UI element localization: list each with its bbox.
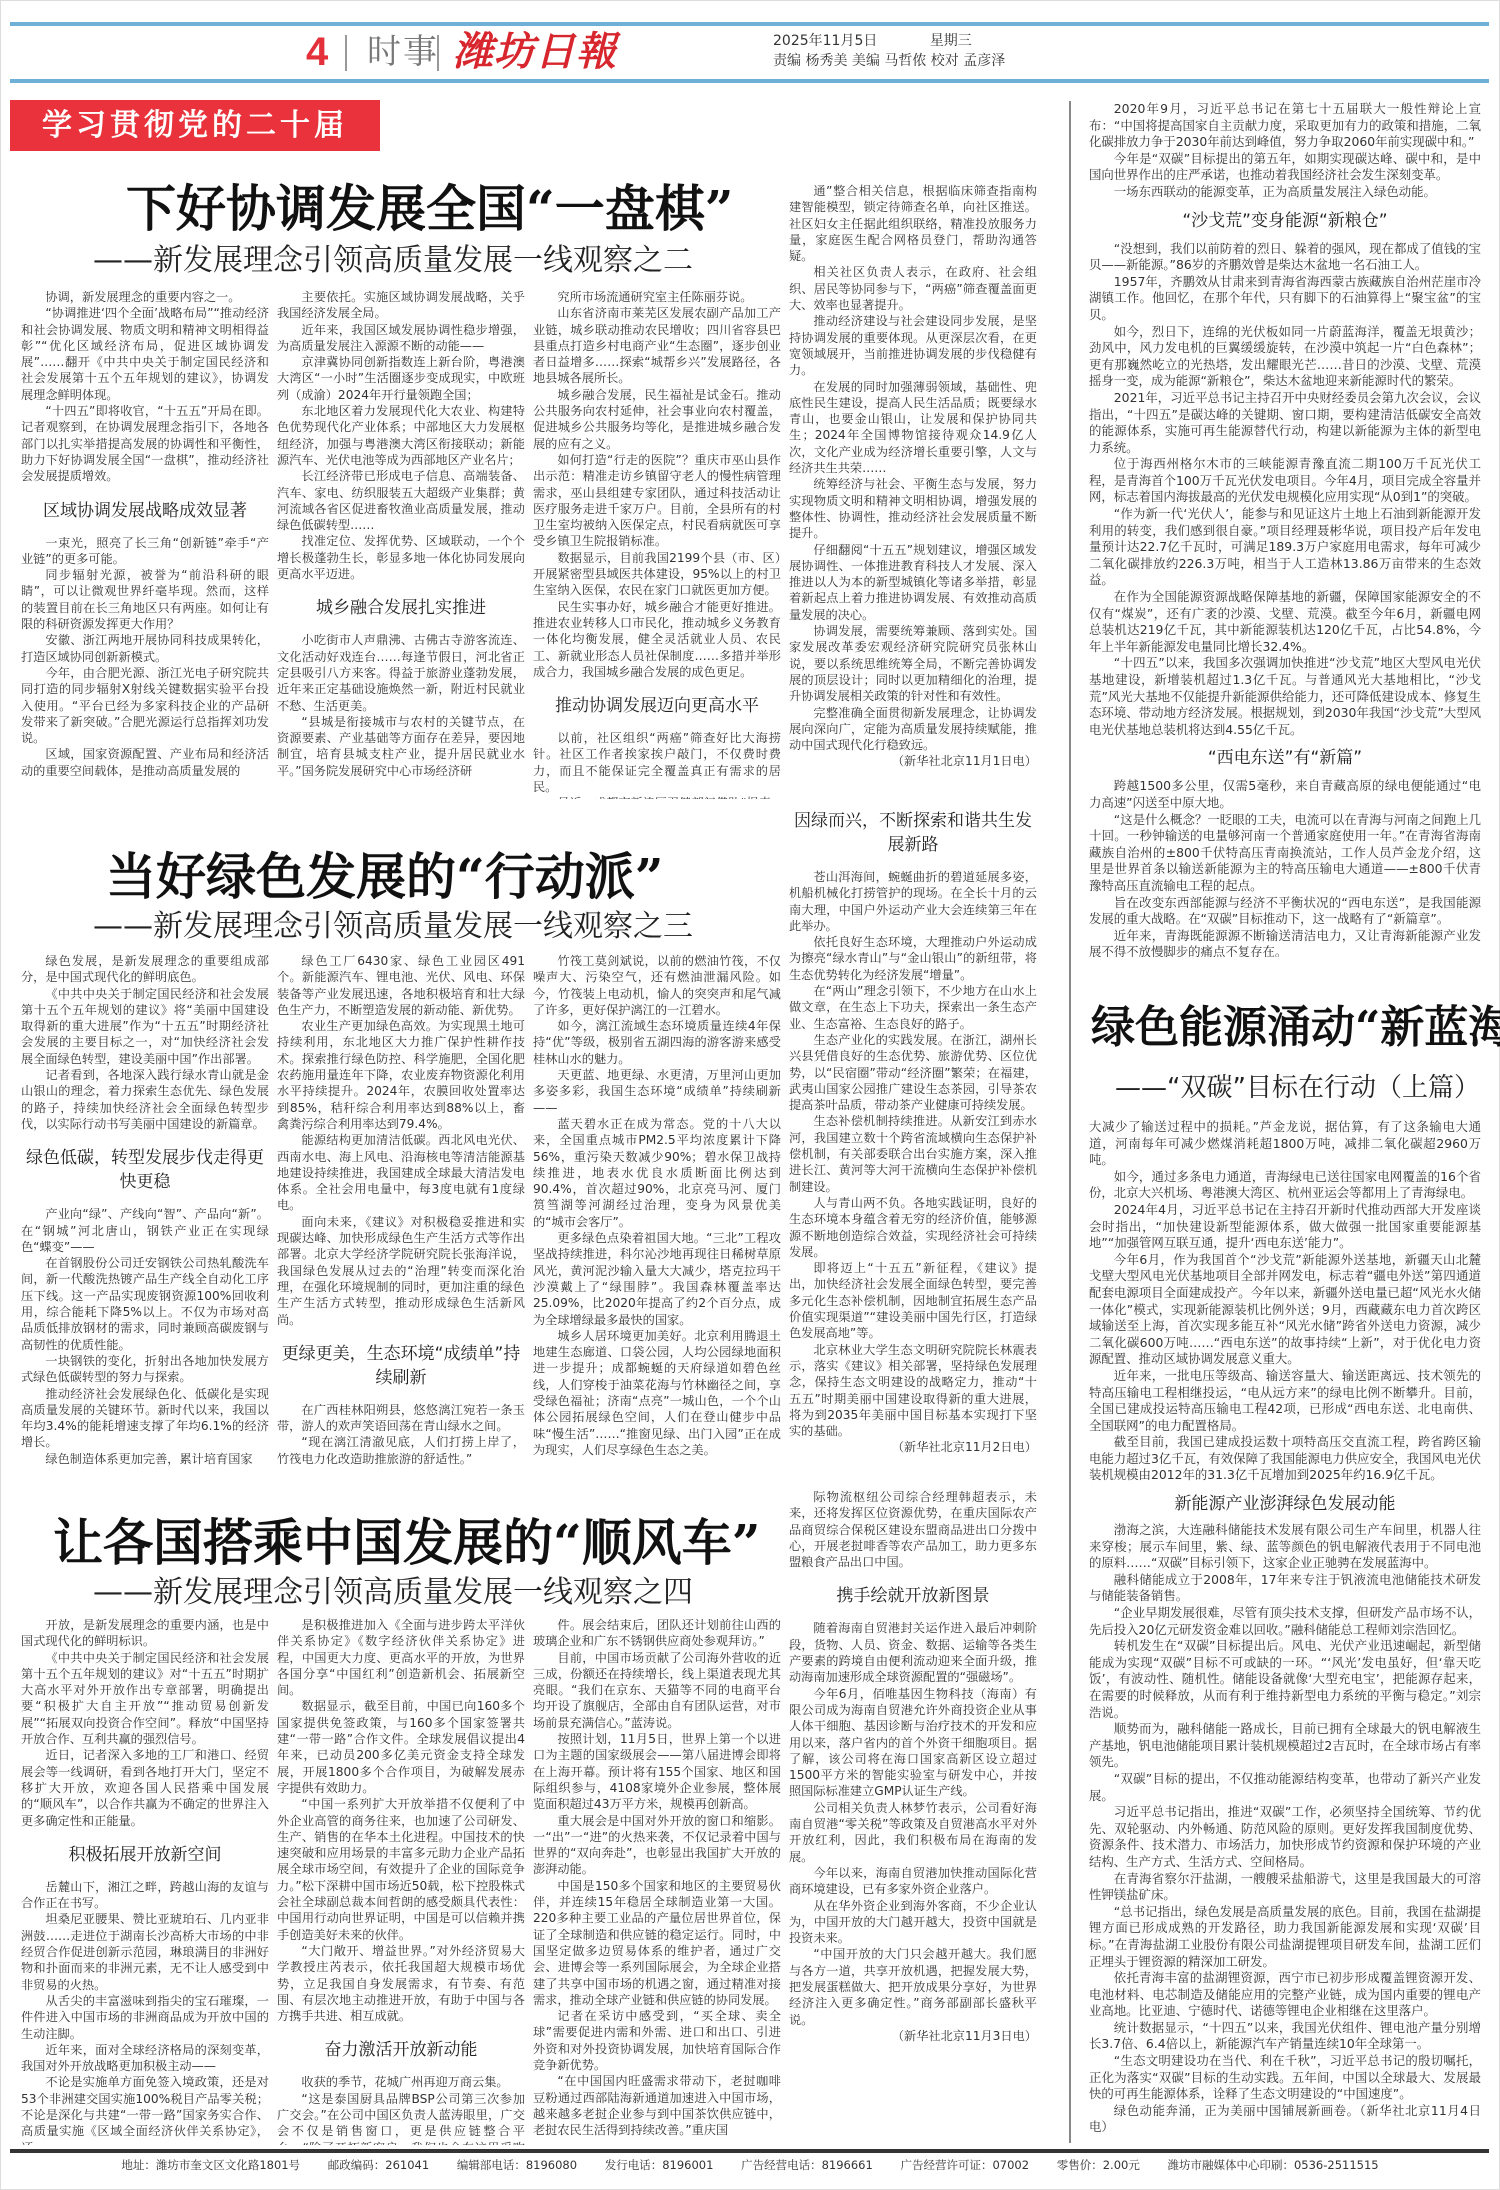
paragraph: 2020年9月，习近平总书记在第七十五届联大一般性辩论上宣布：“中国将提高国家自… (1089, 101, 1481, 151)
paragraph: 记者在采访中感受到，“买全球、卖全球”需要促进内需和外需、进口和出口、引进外资和… (533, 2008, 781, 2073)
paragraph: 协调发展，需要统筹兼顾、落到实处。国家发展改革委宏观经济研究院研究员张林山说，要… (789, 623, 1037, 704)
article2-column-4: 因绿而兴，不断探索和谐共生发展新路 苍山洱海间，蜿蜒曲折的碧道延展多姿，机船机械… (789, 809, 1037, 1473)
topic-banner: 学习贯彻党的二十届四中全会精神 (10, 100, 380, 151)
article4-section-heading: 新能源产业澎湃绿色发展动能 (1089, 1492, 1481, 1516)
paragraph: 城乡融合发展，民生福祉是试金石。推动公共服务向农村延伸，社会事业向农村覆盖，促进… (533, 387, 781, 452)
paragraph: 2024年4月，习近平总书记在主持召开新时代推动西部大开发座谈会时指出，“加快建… (1089, 1202, 1481, 1252)
paragraph: 最近，成都市新津区卫健部门借助“报表 (533, 795, 781, 799)
paragraph: 岳麓山下，湘江之畔，跨越山海的友谊与合作正在书写。 (21, 1879, 269, 1912)
paragraph: 今年6月，佰唯基因生物科技（海南）有限公司成为海南自贸港允许外商投资企业从事人体… (789, 1686, 1037, 1800)
paragraph: 蓝天碧水正在成为常态。党的十八大以来，全国重点城市PM2.5平均浓度累计下降56… (533, 1116, 781, 1230)
paragraph: 推动经济建设与社会建设同步发展，是坚持协调发展的重要体现。从更深层次看，在更宽领… (789, 313, 1037, 378)
footer-editorial-phone: 编辑部电话：8196080 (457, 2158, 577, 2172)
article3-column-2: 是积极推进加入《全面与进步跨太平洋伙伴关系协定》《数字经济伙伴关系协定》进程，中… (277, 1617, 525, 2145)
paragraph: 依托良好生态环境，大理推动户外运动成为擦亮“绿水青山”与“金山银山”的新纽带，将… (789, 934, 1037, 983)
paragraph: 竹筏工莫剑斌说，以前的燃油竹筏，不仅噪声大、污染空气，还有燃油泄漏风险。如今，竹… (533, 953, 781, 1018)
paragraph: 主要依托。实施区域协调发展战略，关乎我国经济发展全局。 (277, 289, 525, 322)
paragraph: 近年来，一批电压等级高、输送容量大、输送距离远、技术领先的特高压输电工程相继投运… (1089, 1368, 1481, 1434)
paragraph: 公司相关负责人林梦竹表示，公司看好海南自贸港“零关税”等政策及自贸港高水平对外开… (789, 1800, 1037, 1865)
article4-upper: 2020年9月，习近平总书记在第七十五届联大一般性辩论上宣布：“中国将提高国家自… (1089, 101, 1481, 957)
article2-headline: 当好绿色发展的“行动派” (106, 837, 664, 909)
article3-section-heading: 奋力激活开放新动能 (277, 2038, 525, 2062)
article4-section-heading: “西电东送”有“新篇” (1089, 746, 1481, 770)
paragraph: 以前，社区组织“两癌”筛查好比大海捞针。社区工作者挨家挨户敲门，不仅费时费力，而… (533, 730, 781, 795)
paragraph: 生态产业化的实践发展。在浙江，湖州长兴县凭借良好的生态优势、旅游优势、区位优势，… (789, 1032, 1037, 1113)
paragraph: 大减少了输送过程中的损耗。”芦金龙说，据估算，有了这条输电大通道，河南每年可减少… (1089, 1119, 1481, 1169)
paragraph: 今年是“双碳”目标提出的第五年，如期实现碳达峰、碳中和，是中国向世界作出的庄严承… (1089, 151, 1481, 184)
footer-distribution-phone: 发行电话：8196001 (605, 2158, 714, 2172)
paragraph: 在广西桂林阳朔县，悠悠漓江宛若一条玉带，游人的欢声笑语回荡在青山绿水之间。 (277, 1402, 525, 1435)
article4-lower: 大减少了输送过程中的损耗。”芦金龙说，据估算，有了这条输电大通道，河南每年可减少… (1089, 1119, 1481, 2145)
article2-dateline: （新华社北京11月2日电） (789, 1439, 1037, 1455)
article1-column-1: 协调，新发展理念的重要内容之一。 “协调推进‘四个全面’战略布局”“推动经济和社… (21, 289, 269, 799)
paragraph: 旨在改变东西部能源与经济不平衡状况的“西电东送”，是我国能源发展的重大战略。在“… (1089, 895, 1481, 928)
paragraph: 近年来，面对全球经济格局的深刻变革，我国对外开放战略更加积极主动—— (21, 2042, 269, 2075)
paragraph: 际物流枢纽公司综合经理韩超表示，未来，还将发挥区位资源优势，在重庆国际农产品商贸… (789, 1489, 1037, 1570)
paragraph: “现在漓江清澈见底，人们打捞上岸了，竹筏电力化改造助推旅游的舒适性。” (277, 1434, 525, 1467)
article1-column-3: 究所市场流通研究室主任陈丽芬说。 山东省济南市莱芜区发展农副产品加工产业链，城乡… (533, 289, 781, 799)
paragraph: 收获的季节，花城广州再迎万商云集。 (277, 2074, 525, 2090)
editor-credits: 责编 杨秀美 美编 马哲侬 校对 孟彦泽 (773, 51, 1005, 71)
paragraph: 仔细翻阅“十五五”规划建议，增强区域发展协调性、一体推进教育科技人才发展、深入推… (789, 542, 1037, 623)
article1-subheadline: ——新发展理念引领高质量发展一线观察之二 (93, 235, 693, 279)
paragraph: 不论是实施单方面免签入境政策，还是对53个非洲建交国实施100%税目产品零关税；… (21, 2074, 269, 2145)
paragraph: “这是泰国厨具品牌BSP公司第三次参加广交会。”在公司中国区负责人蓝涛眼里，广交… (277, 2091, 525, 2145)
paragraph: 小吃街市人声鼎沸、古佛古寺游客流连、文化活动好戏连台……每逢节假日，河北省正定县… (277, 632, 525, 713)
masthead-top-rule (10, 22, 1489, 26)
paragraph: 统筹经济与社会、平衡生态与发展，努力实现物质文明和精神文明相协调，增强发展的整体… (789, 476, 1037, 541)
article3-section-heading: 积极拓展开放新空间 (21, 1843, 269, 1867)
paragraph: 从舌尖的丰富滋味到指尖的宝石璀璨，一件件进入中国市场的非洲商品成为开放中国的生动… (21, 1993, 269, 2042)
issue-weekday: 星期三 (930, 33, 972, 49)
footer-address: 地址：潍坊市奎文区文化路1801号 (121, 2158, 300, 2172)
paragraph: “县城是衔接城市与农村的关键节点，在资源要素、产业基础等方面存在差异，要因地制宜… (277, 714, 525, 779)
article3-column-1: 开放，是新发展理念的重要内涵，也是中国式现代化的鲜明标识。 《中共中央关于制定国… (21, 1617, 269, 2145)
paragraph: “中国一系列扩大开放举措不仅便利了中外企业高管的商务往来，也加速了公司研发、生产… (277, 1796, 525, 1943)
paragraph: 完整准确全面贯彻新发展理念，让协调发展向深向广，定能为高质量发展持续赋能，推动中… (789, 705, 1037, 754)
paragraph: 绿色发展，是新发展理念的重要组成部分，是中国式现代化的鲜明底色。 (21, 953, 269, 986)
paragraph: 协调，新发展理念的重要内容之一。 (21, 289, 269, 305)
paragraph: 同步辐射光源，被誉为“前沿科研的眼睛”，可以让微观世界纤毫毕现。然而，这样的装置… (21, 567, 269, 632)
article3-column-4: 际物流枢纽公司综合经理韩超表示，未来，还将发挥区位资源优势，在重庆国际农产品商贸… (789, 1489, 1037, 2145)
footer: 地址：潍坊市奎文区文化路1801号 邮政编码：261041 编辑部电话：8196… (1, 2157, 1499, 2177)
paragraph: 农业生产更加绿色高效。为实现黑土地可持续利用，东北地区大力推广保护性耕作技术。探… (277, 1018, 525, 1132)
footer-printer: 潍坊市融媒体中心印刷：0536-2511515 (1167, 2158, 1378, 2172)
paragraph: 中国是150多个国家和地区的主要贸易伙伴，并连续15年稳居全球制造业第一大国。2… (533, 1878, 781, 2008)
article4-subheadline: ——“双碳”目标在行动（上篇） (1115, 1067, 1480, 1104)
paragraph: 天更蓝、地更绿、水更清，万里河山更加多姿多彩，我国生态环境“成绩单”持续刷新—— (533, 1067, 781, 1116)
paragraph: 绿色动能奔涌，正为美丽中国铺展新画卷。（新华社北京11月4日电） (1089, 2103, 1481, 2136)
paragraph: “总书记指出，绿色发展是高质量发展的底色。目前，我国在盐湖提锂方面已形成成熟的开… (1089, 1904, 1481, 1970)
paragraph: 如今，烈日下，连绵的光伏板如同一片蔚蓝海洋，覆盖无垠黄沙；劲风中，风力发电机的巨… (1089, 324, 1481, 390)
paragraph: 生态补偿机制持续推进。从新安江到赤水河，我国建立数十个跨省流域横向生态保护补偿机… (789, 1113, 1037, 1194)
paragraph: 顺势而为，融科储能一路成长，目前已拥有全球最大的钒电解液生产基地，钒电池储能项目… (1089, 1721, 1481, 1771)
paragraph: 在青海省察尔汗盐湖，一艘艘采盐船游弋，这里是我国最大的可溶性钾镁盐矿床。 (1089, 1871, 1481, 1904)
paragraph: 民生实事办好，城乡融合才能更好推进。推进农业转移人口市民化，推动城乡义务教育一体… (533, 599, 781, 680)
column-divider (1069, 101, 1071, 2143)
article3-dateline: （新华社北京11月3日电） (789, 2028, 1037, 2044)
paragraph: “大门敞开、增益世界。”对外经济贸易大学教授庄芮表示，依托我国超大规模市场优势，… (277, 1943, 525, 2024)
paragraph: 转机发生在“双碳”目标提出后。风电、光伏产业迅速崛起，新型储能成为实现“双碳”目… (1089, 1638, 1481, 1721)
paragraph: “中国开放的大门只会越开越大。我们愿与各方一道，共享开放机遇，把握发展大势，把发… (789, 1946, 1037, 2027)
paragraph: 在作为全国能源资源战略保障基地的新疆，保障国家能源安全的不仅有“煤炭”，还有广袤… (1089, 589, 1481, 655)
paragraph: 件。展会结束后，团队还计划前往山西的玻璃企业和广东不锈钢供应商处参观拜访。” (533, 1617, 781, 1650)
masthead: 4 时事 潍坊日報 2025年11月5日 星期三 责编 杨秀美 美编 马哲侬 校… (1, 27, 1499, 77)
paragraph: 山东省济南市莱芜区发展农副产品加工产业链，城乡联动推动农民增收；四川省容县巴县重… (533, 305, 781, 386)
paragraph: 北京林业大学生态文明研究院院长林震表示，落实《建议》相关部署，坚持绿色发展理念，… (789, 1342, 1037, 1440)
paragraph: “没想到，我们以前防着的烈日、躲着的强风，现在都成了值钱的宝贝——新能源。”86… (1089, 241, 1481, 274)
paragraph: 近年来，青海既能源源不断输送清洁电力，又让青海新能源产业发展不得不放慢脚步的痛点… (1089, 928, 1481, 957)
paragraph: 长江经济带已形成电子信息、高端装备、汽车、家电、纺织服装五大超级产业集群；黄河流… (277, 468, 525, 533)
paragraph: 在发展的同时加强薄弱领域，基础性、兜底性民生建设，提高人民生活品质；既要绿水青山… (789, 379, 1037, 477)
masthead-divider (437, 35, 439, 71)
article2-column-2: 绿色工厂6430家、绿色工业园区491个。新能源汽车、锂电池、光伏、风电、环保装… (277, 953, 525, 1473)
paragraph: 位于海西州格尔木市的三峡能源青豫直流二期100万千瓦光伏工程，是青海首个100万… (1089, 456, 1481, 506)
newspaper-page: 4 时事 潍坊日報 2025年11月5日 星期三 责编 杨秀美 美编 马哲侬 校… (0, 0, 1500, 2190)
paragraph: 相关社区负责人表示，在政府、社会组织、居民等协同参与下，“两癌”筛查覆盖面更大、… (789, 264, 1037, 313)
paragraph: 产业向“绿”、产线向“智”、产品向“新”。在“钢城”河北唐山，钢铁产业正在实现绿… (21, 1206, 269, 1255)
footer-rule (10, 2149, 1489, 2153)
article2-section-heading: 更绿更美，生态环境“成绩单”持续刷新 (277, 1342, 525, 1390)
paragraph: 京津冀协同创新指数连上新台阶，粤港澳大湾区“一小时”生活圈逐步变成现实，中欧班列… (277, 354, 525, 403)
paragraph: “作为新一代‘光伏人’，能参与和见证这片土地上石油到新能源开发利用的转变，我们感… (1089, 506, 1481, 589)
newspaper-logo: 潍坊日報 (453, 27, 617, 77)
article4-section-heading: “沙戈荒”变身能源“新粮仓” (1089, 209, 1481, 233)
paragraph: 在“两山”理念引领下，不少地方在山水上做文章，在生态上下功夫，探索出一条生态产业… (789, 983, 1037, 1032)
masthead-divider (345, 35, 347, 71)
article1-headline: 下好协调发展全国“一盘棋” (126, 169, 734, 241)
paragraph: “十四五”即将收官，“十五五”开局在即。记者观察到，在协调发展理念指引下，各地各… (21, 403, 269, 484)
article3-headline: 让各国搭乘中国发展的“顺风车” (53, 1503, 761, 1575)
article2-column-1: 绿色发展，是新发展理念的重要组成部分，是中国式现代化的鲜明底色。 《中共中央关于… (21, 953, 269, 1473)
paragraph: 今年6月，作为我国首个“沙戈荒”新能源外送基地，新疆天山北麓戈壁大型风电光伏基地… (1089, 1252, 1481, 1368)
paragraph: 随着海南自贸港封关运作进入最后冲刺阶段，货物、人员、资金、数据、运输等各类生产要… (789, 1620, 1037, 1685)
paragraph: 坦桑尼亚腰果、赞比亚琥珀石、几内亚非洲鼓……走进位于湖南长沙高桥大市场的中非经贸… (21, 1911, 269, 1992)
paragraph: 安徽、浙江两地开展协同科技成果转化，打造区域协同创新新模式。 (21, 632, 269, 665)
paragraph: 1957年，齐鹏效从甘肃来到青海省海西蒙古族藏族自治州茫崖市冷湖镇工作。他回忆，… (1089, 274, 1481, 324)
paragraph: 《中共中央关于制定国民经济和社会发展第十五个五年规划的建议》对“十五五”时期扩大… (21, 1650, 269, 1748)
paragraph: 究所市场流通研究室主任陈丽芬说。 (533, 289, 781, 305)
masthead-bottom-rule (10, 79, 1489, 83)
paragraph: 城乡人居环境更加美好。北京利用腾退土地建生态廊道、口袋公园，人均公园绿地面积进一… (533, 1328, 781, 1458)
issue-date: 2025年11月5日 (773, 33, 877, 49)
paragraph: “企业早期发展很难，尽管有顶尖技术支撑，但研发产品市场不认，先后投入20亿元研发… (1089, 1605, 1481, 1638)
paragraph: 人与青山两不负。各地实践证明，良好的生态环境本身蕴含着无穷的经济价值，能够源源不… (789, 1195, 1037, 1260)
paragraph: 如今，通过多条电力通道，青海绿电已送往国家电网覆盖的16个省份，北京大兴机场、粤… (1089, 1169, 1481, 1202)
paragraph: 截至目前，我国已建成投运数十项特高压交直流工程，跨省跨区输电能力超过3亿千瓦，有… (1089, 1434, 1481, 1484)
footer-ad-license: 广告经营许可证：07002 (900, 2158, 1029, 2172)
paragraph: “生态文明建设功在当代、利在千秋”，习近平总书记的殷切嘱托，正化为落实“双碳”目… (1089, 2053, 1481, 2103)
paragraph: 依托青海丰富的盐湖锂资源，西宁市已初步形成覆盖锂资源开发、电池材料、电芯制造及储… (1089, 1970, 1481, 2020)
paragraph: 一束光，照亮了长三角“创新链”牵手“产业链”的更多可能。 (21, 535, 269, 568)
paragraph: 从在华外资企业到海外客商，不少企业认为，中国开放的大门越开越大，投资中国就是投资… (789, 1898, 1037, 1947)
paragraph: 如今，漓江流域生态环境质量连续4年保持“优”等级，极别省五湖四海的游客游来感受桂… (533, 1018, 781, 1067)
paragraph: 渤海之滨，大连融科储能技术发展有限公司生产车间里，机器人往来穿梭；展示车间里，紫… (1089, 1522, 1481, 1572)
article2-section-heading: 绿色低碳，转型发展步伐走得更快更稳 (21, 1146, 269, 1194)
paragraph: 按照计划，11月5日，世界上第一个以进口为主题的国家级展会——第八届进博会即将在… (533, 1731, 781, 1812)
paragraph: 东北地区着力发展现代化大农业、构建特色优势现代化产业体系；中部地区大力发展枢纽经… (277, 403, 525, 468)
article2-column-3: 竹筏工莫剑斌说，以前的燃油竹筏，不仅噪声大、污染空气，还有燃油泄漏风险。如今，竹… (533, 953, 781, 1473)
article3-subheadline: ——新发展理念引领高质量发展一线观察之四 (93, 1567, 693, 1611)
paragraph: 近日，记者深入多地的工厂和港口、经贸展会等一线调研，看到各地打开大门，坚定不移扩… (21, 1747, 269, 1828)
paragraph: 找准定位、发挥优势、区域联动，一个个增长极蓬勃生长，彰显多地一体化协同发展向更高… (277, 533, 525, 582)
paragraph: 苍山洱海间，蜿蜒曲折的碧道延展多姿，机船机械化打捞管护的现场。在全长十月的云南大… (789, 869, 1037, 934)
paragraph: 开放，是新发展理念的重要内涵，也是中国式现代化的鲜明标识。 (21, 1617, 269, 1650)
paragraph: 推动经济社会发展绿色化、低碳化是实现高质量发展的关键环节。新时代以来，我国以年均… (21, 1386, 269, 1451)
paragraph: 《中共中央关于制定国民经济和社会发展第十五个五年规划的建议》将“美丽中国建设取得… (21, 986, 269, 1067)
paragraph: 一场东西联动的能源变革，正为高质量发展注入绿色动能。 (1089, 184, 1481, 201)
article1-column-2: 主要依托。实施区域协调发展战略，关乎我国经济发展全局。 近年来，我国区域发展协调… (277, 289, 525, 799)
paragraph: 统计数据显示，“十四五”以来，我国光伏组件、锂电池产量分别增长3.7倍、6.4倍… (1089, 2020, 1481, 2053)
paragraph: 数据显示，目前我国2199个县（市、区）开展紧密型县域医共体建设，95%以上的村… (533, 550, 781, 599)
article1-section-heading: 城乡融合发展扎实推进 (277, 596, 525, 620)
paragraph: 在首钢股份公司迁安钢铁公司热轧酸洗车间，新一代酸洗热镀产品生产线全自动化工序压下… (21, 1255, 269, 1353)
paragraph: 面向未来，《建议》对积极稳妥推进和实现碳达峰、加快形成绿色生产生活方式等作出部署… (277, 1214, 525, 1328)
paragraph: 近年来，我国区域发展协调性稳步增强，为高质量发展注入源源不断的动能—— (277, 322, 525, 355)
paragraph: 习近平总书记指出，推进“双碳”工作，必须坚持全国统筹、节约优先、双轮驱动、内外畅… (1089, 1804, 1481, 1870)
paragraph: 一块钢铁的变化，折射出各地加快发展方式绿色低碳转型的努力与探索。 (21, 1353, 269, 1386)
paragraph: 数据显示，截至目前，中国已向160多个国家提供免签政策，与160多个国家签署共建… (277, 1698, 525, 1796)
footer-price: 零售价：2.00元 (1057, 2158, 1140, 2172)
article1-section-heading: 推动协调发展迈向更高水平 (533, 694, 781, 718)
paragraph: “十四五”以来，我国多次强调加快推进“沙戈荒”地区大型风电光伏基地建设，新增装机… (1089, 655, 1481, 738)
paragraph: 是积极推进加入《全面与进步跨太平洋伙伴关系协定》《数字经济伙伴关系协定》进程，中… (277, 1617, 525, 1698)
page-number: 4 (306, 27, 328, 77)
paragraph: “这是什么概念？一眨眼的工夫，电流可以在青海与河南之间跑上几十回。一秒钟输送的电… (1089, 812, 1481, 895)
paragraph: 记者看到，各地深入践行绿水青山就是金山银山的理念，着力探索生态优先、绿色发展的路… (21, 1067, 269, 1132)
paragraph: 如何打造“行走的医院”？重庆市巫山县作出示范：精准走访乡镇留守老人的慢性病管理需… (533, 452, 781, 550)
paragraph: 绿色工厂6430家、绿色工业园区491个。新能源汽车、锂电池、光伏、风电、环保装… (277, 953, 525, 1018)
paragraph: 今年以来，海南自贸港加快推动国际化营商环境建设，已有多家外资企业落户。 (789, 1865, 1037, 1898)
paragraph: 重大展会是中国对外开放的窗口和缩影。一“出”一“进”的火热来袭，不仅记录着中国与… (533, 1813, 781, 1878)
paragraph: “双碳”目标的提出，不仅推动能源结构变革，也带动了新兴产业发展。 (1089, 1771, 1481, 1804)
paragraph: 目前，中国市场贡献了公司海外营收的近三成，份额还在持续增长，线上渠道表现尤其亮眼… (533, 1650, 781, 1731)
masthead-info: 2025年11月5日 星期三 责编 杨秀美 美编 马哲侬 校对 孟彦泽 (773, 31, 1005, 71)
paragraph: 区域，国家资源配置、产业布局和经济活动的重要空间载体，是推动高质量发展的 (21, 746, 269, 779)
paragraph: “协调推进‘四个全面’战略布局”“推动经济和社会协调发展、物质文明和精神文明相得… (21, 305, 269, 403)
paragraph: 绿色制造体系更加完善，累计培育国家 (21, 1451, 269, 1467)
paragraph: 融科储能成立于2008年，17年来专注于钒液流电池储能技术研发与储能装备销售。 (1089, 1572, 1481, 1605)
paragraph: 通”整合相关信息，根据临床筛查指南构建智能模型，锁定待筛查名单，向社区推送。社区… (789, 183, 1037, 264)
article2-section-heading: 因绿而兴，不断探索和谐共生发展新路 (789, 809, 1037, 857)
article4-headline: 绿色能源涌动“新蓝海” (1091, 991, 1500, 1055)
article3-column-3: 件。展会结束后，团队还计划前往山西的玻璃企业和广东不锈钢供应商处参观拜访。” 目… (533, 1617, 781, 2145)
footer-postcode: 邮政编码：261041 (328, 2158, 429, 2172)
section-name: 时事 (367, 29, 439, 75)
paragraph: 2021年，习近平总书记主持召开中央财经委员会第九次会议，会议指出，“十四五”是… (1089, 390, 1481, 456)
footer-ad-phone: 广告经营电话：8196661 (741, 2158, 873, 2172)
article1-column-4: 通”整合相关信息，根据临床筛查指南构建智能模型，锁定待筛查名单，向社区推送。社区… (789, 183, 1037, 783)
article1-dateline: （新华社北京11月1日电） (789, 753, 1037, 769)
paragraph: 即将迈上“十五五”新征程，《建议》提出，加快经济社会发展全面绿色转型，要完善多元… (789, 1260, 1037, 1341)
paragraph: 今年，由合肥光源、浙江光电子研究院共同打造的同步辐射X射线关键数据实验平台投入使… (21, 665, 269, 746)
article2-subheadline: ——新发展理念引领高质量发展一线观察之三 (93, 901, 693, 945)
paragraph: 跨越1500多公里，仅需5毫秒，来自青藏高原的绿电便能通过“电力高速”闪送至中原… (1089, 778, 1481, 811)
article1-section-heading: 区域协调发展战略成效显著 (21, 499, 269, 523)
paragraph: “在中国国内旺盛需求带动下，老挝咖啡豆粉通过西部陆海新通道加速进入中国市场，越来… (533, 2073, 781, 2138)
article3-section-heading: 携手绘就开放新图景 (789, 1584, 1037, 1608)
paragraph: 能源结构更加清洁低碳。西北风电光伏、西南水电、海上风电、沿海核电等清洁能源基地建… (277, 1132, 525, 1213)
paragraph: 更多绿色点染着祖国大地。“三北”工程攻坚战持续推进，科尔沁沙地再现往日稀树草原风… (533, 1230, 781, 1328)
